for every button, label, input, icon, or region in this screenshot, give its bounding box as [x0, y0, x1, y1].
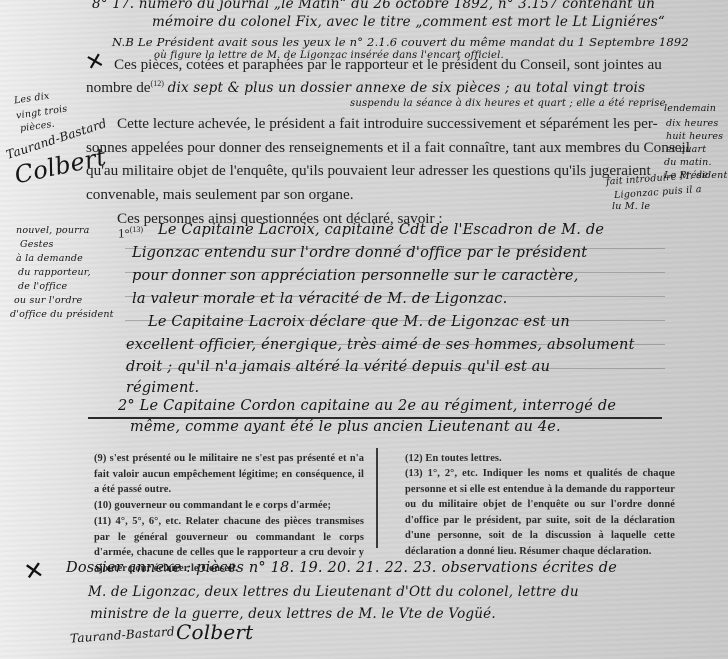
left-testimony-note: du rapporteur, [18, 266, 91, 280]
testimony-line: pour donner son appréciation personnelle… [132, 268, 579, 284]
testimony-line: Le Capitaine Lacroix déclare que M. de L… [148, 314, 570, 330]
footnote-12: (12) En toutes lettres. [405, 451, 675, 467]
left-testimony-note: ou sur l'ordre [14, 294, 82, 308]
para2-line3: qu'au militaire objet de l'enquête, qu'i… [86, 162, 651, 180]
footnote-10: (10) gouverneur ou commandant le e corps… [94, 498, 364, 514]
right-margin-line2: dix heures [666, 117, 718, 131]
bottom-dossier-line1: Dossier annexe : pièces n° 18. 19. 20. 2… [66, 560, 617, 576]
para1-line1: Ces pièces, cotées et paraphées par le r… [114, 56, 662, 74]
right-margin-line3: huit heures [666, 130, 723, 144]
testimony-line: Le Capitaine Lacroix, capitaine Cdt de l… [158, 222, 604, 238]
cross-mark-bottom-icon: ✕ [22, 555, 47, 586]
testimony-line: Ligonzac entendu sur l'ordre donné d'off… [132, 245, 587, 261]
testimony-number-1: 1°(13) [118, 225, 143, 241]
bottom-signature-colbert: Colbert [176, 620, 253, 644]
para2-line1: Cette lecture achevée, le président a fa… [117, 115, 658, 133]
footnote-marker-12: (12) [151, 79, 164, 88]
left-testimony-note: à la demande [16, 252, 83, 266]
handwritten-count: dix sept & plus un dossier annexe de six… [168, 80, 646, 96]
footnote-column-divider [376, 448, 378, 548]
nb-note-line1: N.B Le Président avait sous les yeux le … [112, 35, 689, 49]
cross-mark-icon: ✕ [83, 48, 107, 77]
left-testimony-note: nouvel, pourra [16, 224, 90, 238]
handwritten-item-17: 8° 17. numéro du journal „le Matin“ du 2… [92, 0, 655, 12]
footnote-marker-13: (13) [130, 225, 143, 234]
testimony-line: excellent officier, énergique, très aimé… [126, 337, 635, 353]
para1-line2: nombre de(12) dix sept & plus un dossier… [86, 79, 645, 97]
suspended-note: suspendu la séance à dix heures et quart… [350, 98, 666, 109]
left-testimony-note: d'office du président [10, 308, 114, 322]
handwritten-item-17-cont: mémoire du colonel Fix, avec le titre „c… [152, 14, 665, 30]
left-testimony-note: Gestes [20, 238, 54, 252]
para2-line2: sonnes appelées pour donner des renseign… [86, 139, 690, 157]
footnote-13: (13) 1°, 2°, etc. Indiquer les noms et q… [405, 466, 675, 559]
testimony-line: même, comme ayant été le plus ancien Lie… [130, 419, 561, 435]
testimony-line: régiment. [126, 380, 199, 396]
para2-line4: convenable, mais seulement par son organ… [86, 186, 354, 204]
right-margin-line1: lendemain [664, 102, 716, 116]
testimony-line: la valeur morale et la véracité de M. de… [132, 291, 507, 307]
bottom-dossier-line3: ministre de la guerre, deux lettres de M… [90, 606, 496, 622]
right-margin-line9: lu M. le [612, 200, 650, 214]
testimony-line: 2° Le Capitaine Cordon capitaine au 2e a… [118, 398, 616, 414]
document-page: 8° 17. numéro du journal „le Matin“ du 2… [0, 0, 728, 659]
section-divider [88, 417, 662, 419]
bottom-signature-taurand: Taurand-Bastard [70, 624, 176, 645]
nombre-de-label: nombre de [86, 79, 151, 96]
bottom-dossier-line2: M. de Ligonzac, deux lettres du Lieutena… [88, 584, 579, 600]
testimony-number-label: 1° [118, 225, 130, 240]
right-margin-line4: et quart [666, 143, 706, 157]
testimony-line: droit ; qu'il n'a jamais altéré la vérit… [126, 359, 550, 375]
left-testimony-note: de l'office [18, 280, 67, 294]
footnote-9: (9) s'est présenté ou le militaire ne s'… [94, 451, 364, 498]
